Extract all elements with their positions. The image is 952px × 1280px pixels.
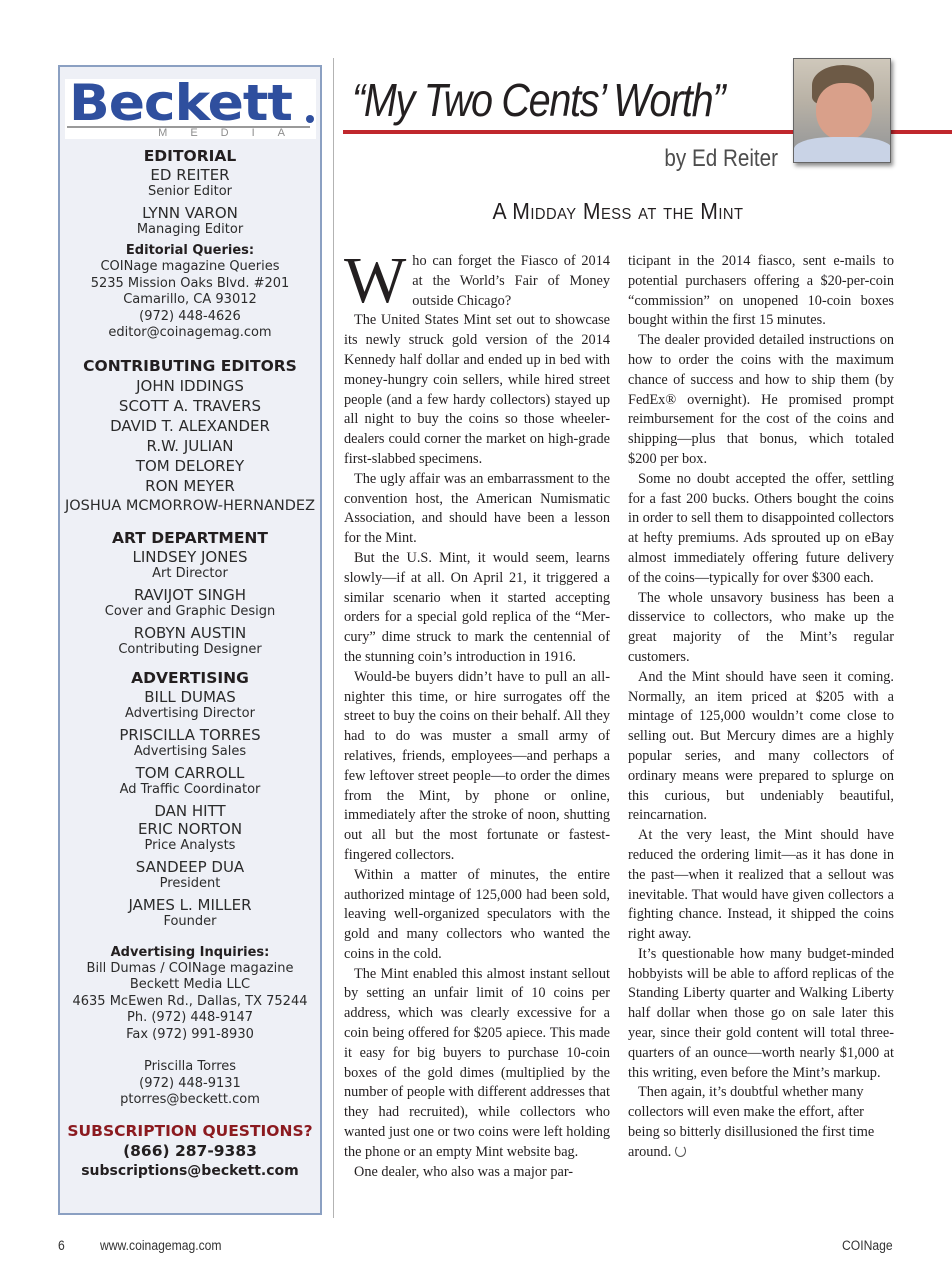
- staff-role: Contributing Designer: [60, 642, 320, 658]
- footer-url[interactable]: www.coinagemag.com: [100, 1238, 222, 1253]
- advertising-heading: ADVERTISING: [60, 668, 320, 688]
- article-headline: A Midday Mess at the Mint: [365, 198, 871, 225]
- contributing-editors-heading: CONTRIBUTING EDITORS: [60, 356, 320, 376]
- staff-name: DAN HITT: [60, 802, 320, 820]
- coin-end-mark-icon: [675, 1145, 686, 1157]
- paragraph: The ugly affair was an embarrassment to …: [344, 470, 610, 549]
- phone-line: (972) 448-4626: [60, 309, 320, 326]
- art-department-heading: ART DEPARTMENT: [60, 528, 320, 548]
- paragraph: The United States Mint set out to showca…: [344, 311, 610, 469]
- paragraph: Some no doubt accepted the offer, settli…: [628, 470, 894, 589]
- paragraph: Who can forget the Fiasco of 2014 at the…: [344, 252, 610, 311]
- staff-name: LINDSEY JONES: [60, 548, 320, 566]
- contact-name: Priscilla Torres: [60, 1059, 320, 1076]
- staff-name: TOM CARROLL: [60, 764, 320, 782]
- footer-magazine-name: COINage: [842, 1238, 893, 1253]
- page-number: 6: [58, 1238, 65, 1253]
- staff-name: ERIC NORTON: [60, 820, 320, 838]
- article-column-2: ticipant in the 2014 fiasco, sent e-mail…: [628, 252, 894, 1163]
- editorial-queries-heading: Editorial Queries:: [60, 242, 320, 259]
- address-line: 4635 McEwen Rd., Dallas, TX 75244: [60, 994, 320, 1011]
- sales-email[interactable]: ptorres@beckett.com: [60, 1092, 320, 1109]
- staff-role: President: [60, 876, 320, 892]
- paragraph: And the Mint should have seen it com­ing…: [628, 668, 894, 826]
- staff-name: BILL DUMAS: [60, 688, 320, 706]
- staff-role: Price Analysts: [60, 838, 320, 854]
- author-photo: [793, 58, 891, 163]
- paragraph: One dealer, who also was a major par-: [344, 1163, 610, 1183]
- byline: by Ed Reiter: [625, 145, 778, 173]
- paragraph: Would-be buyers didn’t have to pull an a…: [344, 668, 610, 866]
- subscription-phone: (866) 287-9383: [60, 1141, 320, 1161]
- staff-role: Advertising Sales: [60, 744, 320, 760]
- address-line: Bill Dumas / COINage magazine: [60, 961, 320, 978]
- paragraph: At the very least, the Mint should have …: [628, 826, 894, 945]
- article-column-1: Who can forget the Fiasco of 2014 at the…: [344, 252, 610, 1182]
- beckett-media-logo: Beckett MEDIA: [65, 79, 316, 139]
- masthead-panel: Beckett MEDIA EDITORIAL ED REITER Senior…: [58, 65, 322, 1215]
- paragraph: Then again, it’s doubtful whether many c…: [628, 1083, 894, 1162]
- phone-line: Ph. (972) 448-9147: [60, 1010, 320, 1027]
- fax-line: Fax (972) 991-8930: [60, 1027, 320, 1044]
- column-title: “My Two Cents’ Worth”: [352, 72, 724, 128]
- address-line: Beckett Media LLC: [60, 977, 320, 994]
- editorial-heading: EDITORIAL: [60, 146, 320, 166]
- staff-name: PRISCILLA TORRES: [60, 726, 320, 744]
- staff-name: RAVIJOT SINGH: [60, 586, 320, 604]
- subscription-heading: SUBSCRIPTION QUESTIONS?: [60, 1121, 320, 1141]
- paragraph: The dealer provided detailed instruction…: [628, 331, 894, 470]
- contributor-name: DAVID T. ALEXANDER: [60, 416, 320, 436]
- column-divider: [333, 58, 334, 1218]
- contributor-name: JOSHUA MCMORROW-HERNANDEZ: [60, 496, 320, 516]
- paragraph: ticipant in the 2014 fiasco, sent e-mail…: [628, 252, 894, 331]
- staff-role: Cover and Graphic Design: [60, 604, 320, 620]
- paragraph: It’s questionable how many budget-mind­e…: [628, 945, 894, 1084]
- paragraph: The Mint enabled this almost instant sel…: [344, 965, 610, 1163]
- staff-name: ED REITER: [60, 166, 320, 184]
- contributor-name: SCOTT A. TRAVERS: [60, 396, 320, 416]
- staff-name: JAMES L. MILLER: [60, 896, 320, 914]
- staff-role: Ad Traffic Coordinator: [60, 782, 320, 798]
- staff-name: SANDEEP DUA: [60, 858, 320, 876]
- staff-role: Founder: [60, 914, 320, 930]
- staff-name: LYNN VARON: [60, 204, 320, 222]
- address-line: 5235 Mission Oaks Blvd. #201: [60, 276, 320, 293]
- paragraph: Within a matter of minutes, the entire a…: [344, 866, 610, 965]
- contributor-name: JOHN IDDINGS: [60, 376, 320, 396]
- staff-name: ROBYN AUSTIN: [60, 624, 320, 642]
- contributor-name: TOM DELOREY: [60, 456, 320, 476]
- editor-email[interactable]: editor@coinagemag.com: [60, 325, 320, 342]
- staff-role: Advertising Director: [60, 706, 320, 722]
- paragraph: The whole unsavory business has been a d…: [628, 589, 894, 668]
- address-line: Camarillo, CA 93012: [60, 292, 320, 309]
- staff-role: Art Director: [60, 566, 320, 582]
- phone-line: (972) 448-9131: [60, 1076, 320, 1093]
- registered-mark-icon: [306, 115, 314, 123]
- staff-role: Managing Editor: [60, 222, 320, 238]
- drop-cap: W: [344, 255, 406, 307]
- staff-role: Senior Editor: [60, 184, 320, 200]
- contributor-name: R.W. JULIAN: [60, 436, 320, 456]
- advertising-inquiries-heading: Advertising Inquiries:: [60, 944, 320, 961]
- address-line: COINage magazine Queries: [60, 259, 320, 276]
- subscription-email[interactable]: subscriptions@beckett.com: [60, 1161, 320, 1181]
- contributor-name: RON MEYER: [60, 476, 320, 496]
- paragraph: But the U.S. Mint, it would seem, learns…: [344, 549, 610, 668]
